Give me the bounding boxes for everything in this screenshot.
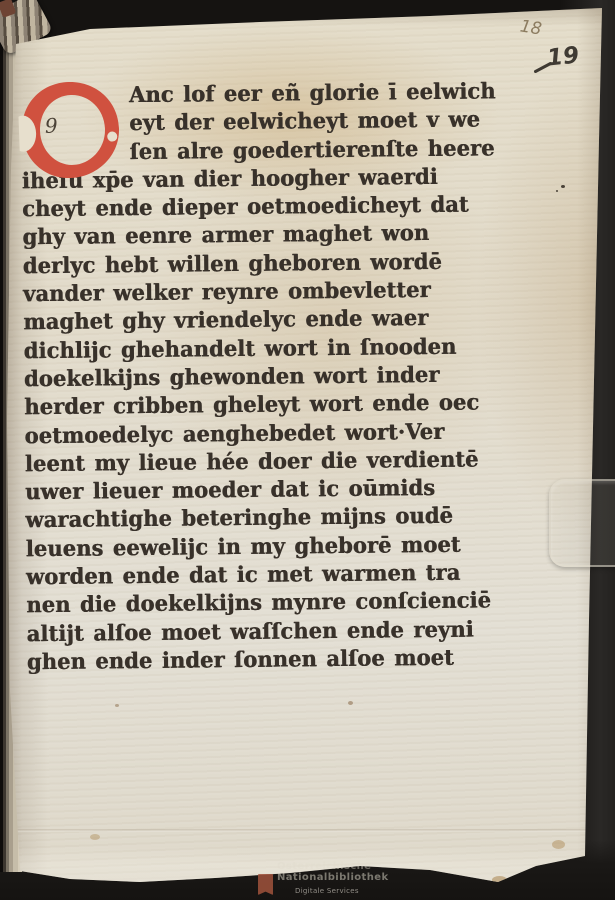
stain-spot — [552, 840, 565, 849]
manuscript-page: 18 19 Anc lof eer eñ glorie ī eelwicheyt… — [0, 0, 615, 900]
manuscript-line: ghen ende inder ſonnen alſoe moet — [27, 642, 572, 677]
initial-guide-letter: 9 — [44, 113, 58, 137]
initial-o-glyph: 9 — [17, 78, 123, 182]
page-holder-clip — [549, 479, 615, 567]
watermark-library-name-1: Österreichische — [277, 861, 371, 872]
folio-number-ink: 19 — [546, 42, 581, 71]
watermark-library-name-2: Nationalbibliothek — [277, 872, 389, 883]
illuminated-initial: 9 — [17, 78, 123, 182]
watermark-digitale-services: Digitale Services — [295, 887, 359, 895]
stain-spot — [348, 701, 353, 705]
stain-spot — [90, 834, 100, 840]
folio-number-pencil: 18 — [519, 16, 544, 39]
crease-line — [14, 829, 589, 832]
stain-spot — [115, 704, 119, 707]
